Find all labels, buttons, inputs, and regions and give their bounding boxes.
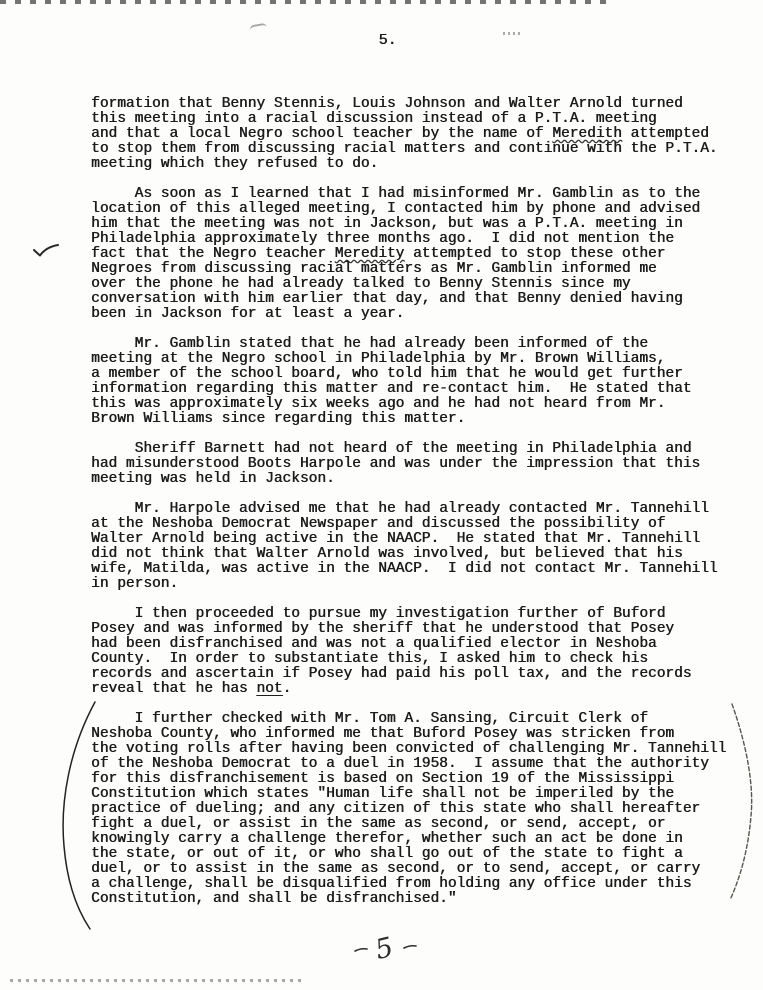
document-body: formation that Benny Stennis, Louis John… bbox=[91, 97, 753, 922]
perforation-top-edge bbox=[0, 0, 612, 4]
paragraph-1: formation that Benny Stennis, Louis John… bbox=[91, 97, 753, 172]
paragraph-2: As soon as I learned that I had misinfor… bbox=[91, 187, 753, 322]
handwritten-five: 5 bbox=[372, 932, 396, 964]
handwritten-check-icon bbox=[33, 242, 61, 260]
underlined-word-not: not bbox=[256, 681, 282, 697]
scanned-document-page: 5. formation that Benny Stennis, Louis J… bbox=[0, 0, 763, 990]
paragraph-5: Mr. Harpole advised me that he had alrea… bbox=[91, 502, 753, 592]
underlined-word-meredity: Meredity bbox=[335, 246, 405, 262]
text-segment: . bbox=[282, 681, 291, 697]
text-segment: I further checked with Mr. Tom A. Sansin… bbox=[91, 711, 726, 907]
dash-icon bbox=[404, 946, 416, 948]
paragraph-7: I further checked with Mr. Tom A. Sansin… bbox=[91, 712, 753, 907]
text-segment: I then proceeded to pursue my investigat… bbox=[91, 606, 691, 697]
page-number-bottom-handwritten: 5 bbox=[352, 924, 422, 964]
underlined-word-meredith: Meredith bbox=[552, 126, 622, 142]
text-segment: Mr. Gamblin stated that he had already b… bbox=[91, 336, 691, 427]
paragraph-4: Sheriff Barnett had not heard of the mee… bbox=[91, 442, 753, 487]
perforation-bottom-edge bbox=[10, 979, 302, 982]
page-number-top: 5. bbox=[0, 33, 763, 49]
dash-icon bbox=[355, 949, 367, 951]
smudge-mark bbox=[503, 32, 521, 35]
paragraph-3: Mr. Gamblin stated that he had already b… bbox=[91, 337, 753, 427]
text-segment: Sheriff Barnett had not heard of the mee… bbox=[91, 441, 700, 487]
text-segment: Mr. Harpole advised me that he had alrea… bbox=[91, 501, 718, 592]
paragraph-6: I then proceeded to pursue my investigat… bbox=[91, 607, 753, 697]
